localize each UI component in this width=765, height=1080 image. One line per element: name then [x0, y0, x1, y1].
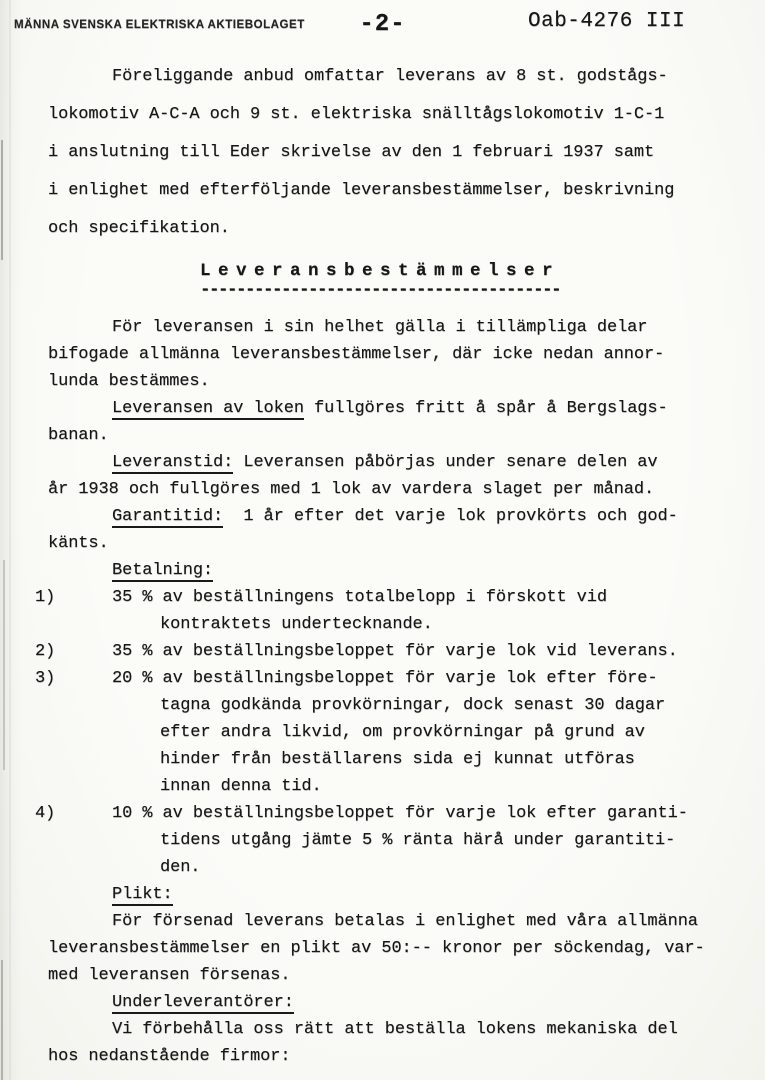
scan-edge-mark: [3, 560, 5, 770]
delivery-time-paragraph: Leveranstid: Leveransen påbörjas under s…: [48, 449, 715, 503]
penalty-paragraph: För försenad leverans betalas i enlighet…: [48, 908, 715, 989]
subcontractors-heading: Underleverantörer:: [48, 989, 715, 1016]
payment-item-number: 2): [35, 638, 112, 665]
payment-item-text: 35 % av beställningens totalbelopp i för…: [112, 584, 607, 638]
scan-streak: [9, 0, 11, 1080]
section-heading-title: L e v e r a n s b e s t ä m m e l s e r: [200, 258, 715, 284]
payment-item-number: 3): [35, 665, 112, 800]
payment-item-text: 20 % av beställningsbeloppet för varje l…: [112, 665, 665, 800]
scan-edge-mark: [1, 960, 3, 1080]
subcontractors-paragraph: Vi förbehålla oss rätt att beställa loke…: [48, 1016, 715, 1070]
intro-paragraph: Föreliggande anbud omfattar leverans av …: [48, 58, 715, 248]
warranty-label: Garantitid:: [112, 507, 223, 528]
payment-item-text: 35 % av beställningsbeloppet för varje l…: [112, 638, 678, 665]
section-heading: L e v e r a n s b e s t ä m m e l s e r …: [200, 258, 715, 296]
penalty-label: Plikt:: [112, 885, 173, 906]
payment-label: Betalning:: [112, 561, 213, 582]
payment-item: 4) 10 % av beställningsbeloppet för varj…: [48, 800, 715, 881]
payment-heading: Betalning:: [48, 557, 715, 584]
document-reference: Oab-4276 III: [528, 10, 685, 33]
delivery-time-label: Leveranstid:: [112, 453, 233, 474]
payment-item: 3) 20 % av beställningsbeloppet för varj…: [48, 665, 715, 800]
payment-item: 2) 35 % av beställningsbeloppet för varj…: [48, 638, 715, 665]
delivery-label: Leveransen av loken: [112, 399, 304, 420]
delivery-paragraph: Leveransen av loken fullgöres fritt å sp…: [48, 395, 715, 449]
payment-item: 1) 35 % av beställningens totalbelopp i …: [48, 584, 715, 638]
subcontractors-label: Underleverantörer:: [112, 993, 294, 1014]
general-terms-paragraph: För leveransen i sin helhet gälla i till…: [48, 314, 715, 395]
page-header: MÄNNA SVENSKA ELEKTRISKA AKTIEBOLAGET -2…: [0, 0, 765, 44]
payment-item-text: 10 % av beställningsbeloppet för varje l…: [112, 800, 688, 881]
payment-list: 1) 35 % av beställningens totalbelopp i …: [48, 584, 715, 881]
payment-item-number: 4): [35, 800, 112, 881]
document-page: MÄNNA SVENSKA ELEKTRISKA AKTIEBOLAGET -2…: [0, 0, 765, 1080]
payment-item-number: 1): [35, 584, 112, 638]
terms-section: För leveransen i sin helhet gälla i till…: [48, 314, 715, 1070]
scan-edge-mark: [1, 140, 3, 260]
penalty-heading: Plikt:: [48, 881, 715, 908]
section-heading-underline: ----------------------------------------: [200, 284, 562, 296]
warranty-paragraph: Garantitid: 1 år efter det varje lok pro…: [48, 503, 715, 557]
